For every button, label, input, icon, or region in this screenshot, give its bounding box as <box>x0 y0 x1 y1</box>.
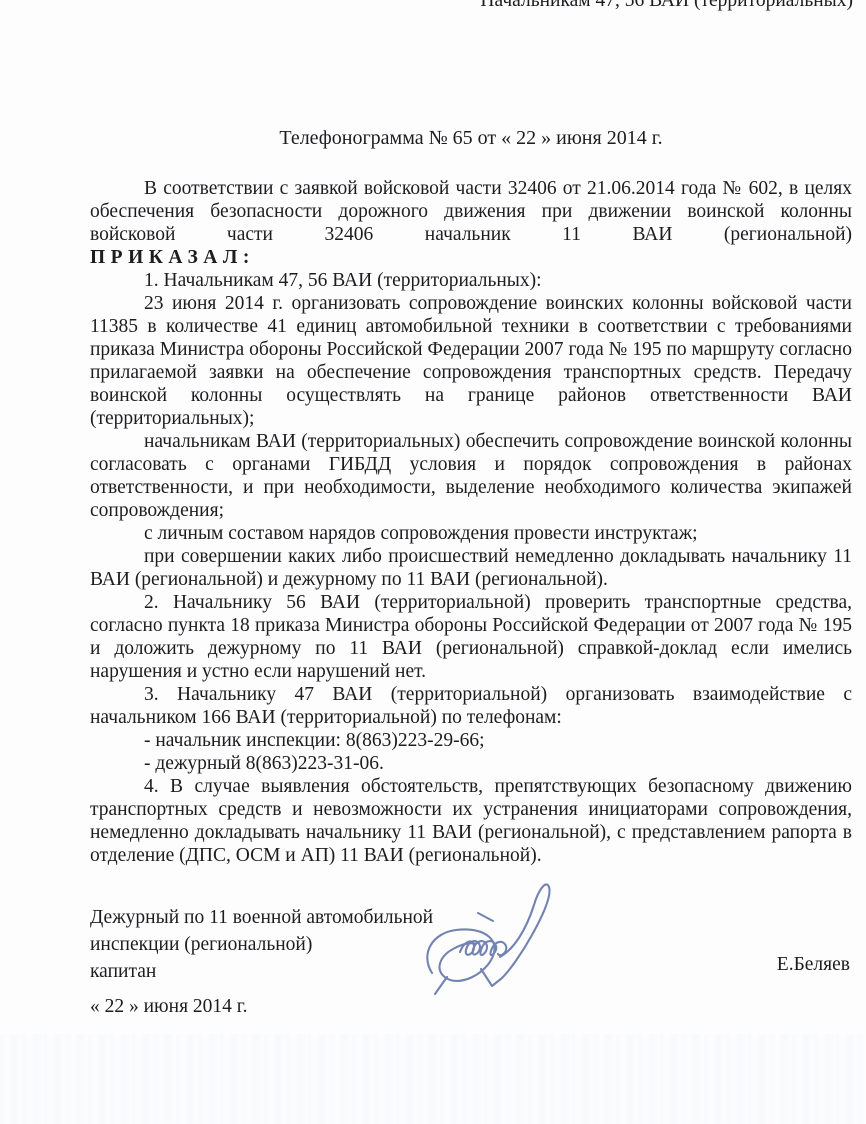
body-paragraph-1: 1. Начальникам 47, 56 ВАИ (территориальн… <box>90 269 852 292</box>
document-title: Телефонограмма № 65 от « 22 » июня 2014 … <box>90 126 852 150</box>
handwritten-signature-icon <box>420 872 578 1022</box>
body-paragraph-2: 23 июня 2014 г. организовать сопровожден… <box>90 292 852 430</box>
signer-name: Е.Беляев <box>777 951 850 978</box>
body-paragraph-6: 2. Начальнику 56 ВАИ (территориальной) п… <box>90 591 852 683</box>
body-paragraph-phone-1: - начальник инспекции: 8(863)223-29-66; <box>90 729 852 752</box>
body-paragraph-5: при совершении каких либо происшествий н… <box>90 545 852 591</box>
document-page: Начальникам 47, 56 ВАИ (территориальных)… <box>0 0 866 1124</box>
body-paragraph-3: начальникам ВАИ (территориальных) обеспе… <box>90 430 852 522</box>
body-paragraph-7: 3. Начальнику 47 ВАИ (территориальной) о… <box>90 683 852 729</box>
body-paragraph-4: с личным составом нарядов сопровождения … <box>90 522 852 545</box>
intro-paragraph: В соответствии с заявкой войсковой части… <box>90 177 852 246</box>
body-paragraph-phone-2: - дежурный 8(863)223-31-06. <box>90 752 852 775</box>
document-body: Телефонограмма № 65 от « 22 » июня 2014 … <box>90 0 852 1020</box>
body-paragraph-8: 4. В случае выявления обстоятельств, пре… <box>90 775 852 867</box>
order-word: ПРИКАЗАЛ: <box>90 246 852 269</box>
